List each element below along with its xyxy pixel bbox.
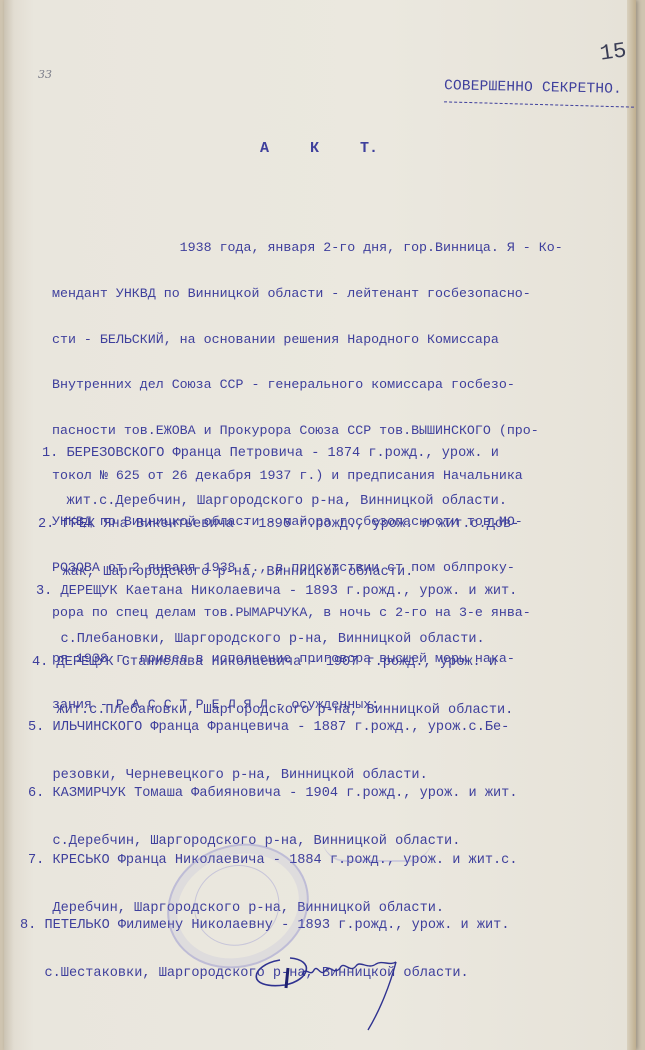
- preamble-line: сти - БЕЛЬСКИЙ, на основании решения Нар…: [52, 332, 563, 347]
- entry-number: 3.: [36, 584, 52, 599]
- entry-text: ДЕРЕЩУК Каетана Николаевича - 1893 г.рож…: [61, 584, 518, 599]
- entry-number: 8.: [20, 918, 36, 933]
- entry-text: КАЗМИРЧУК Томаша Фабияновича - 1904 г.ро…: [53, 786, 518, 801]
- entry-text: ИЛЬЧИНСКОГО Франца Францевича - 1887 г.р…: [53, 720, 510, 735]
- page-edge: [627, 0, 636, 1050]
- preamble-line: мендант УНКВД по Винницкой области - лей…: [52, 286, 563, 301]
- archive-number: 33: [38, 68, 52, 81]
- entry-text: ГРЕК Яна Викентьевича - 1896 г.рожд., ур…: [63, 517, 520, 532]
- document-title: А К Т.: [260, 140, 378, 157]
- second-stamp-edge: [322, 838, 432, 862]
- classification-label: СОВЕРШЕННО СЕКРЕТНО.: [444, 78, 622, 98]
- entry-text: БЕРЕЗОВСКОГО Франца Петровича - 1874 г.р…: [67, 446, 499, 461]
- entry-number: 1.: [42, 446, 58, 461]
- preamble-line: Внутренних дел Союза ССР - генерального …: [52, 377, 563, 392]
- entry-text: ДЕРЕЩУК Станислава Николаевича - 1907 г.…: [57, 655, 498, 670]
- preamble-line: 1938 года, января 2-го дня, гор.Винница.…: [52, 240, 563, 255]
- document-page: 33 15 СОВЕРШЕННО СЕКРЕТНО. А К Т. 1938 г…: [4, 0, 636, 1050]
- signature-icon: [240, 930, 440, 1040]
- entry-number: 5.: [28, 720, 44, 735]
- entry-number: 4.: [32, 655, 48, 670]
- entry-number: 2.: [38, 517, 54, 532]
- entry-number: 6.: [28, 786, 44, 801]
- entry-number: 7.: [28, 853, 44, 868]
- folio-number: 15: [598, 38, 628, 66]
- classification-underline: [444, 101, 634, 107]
